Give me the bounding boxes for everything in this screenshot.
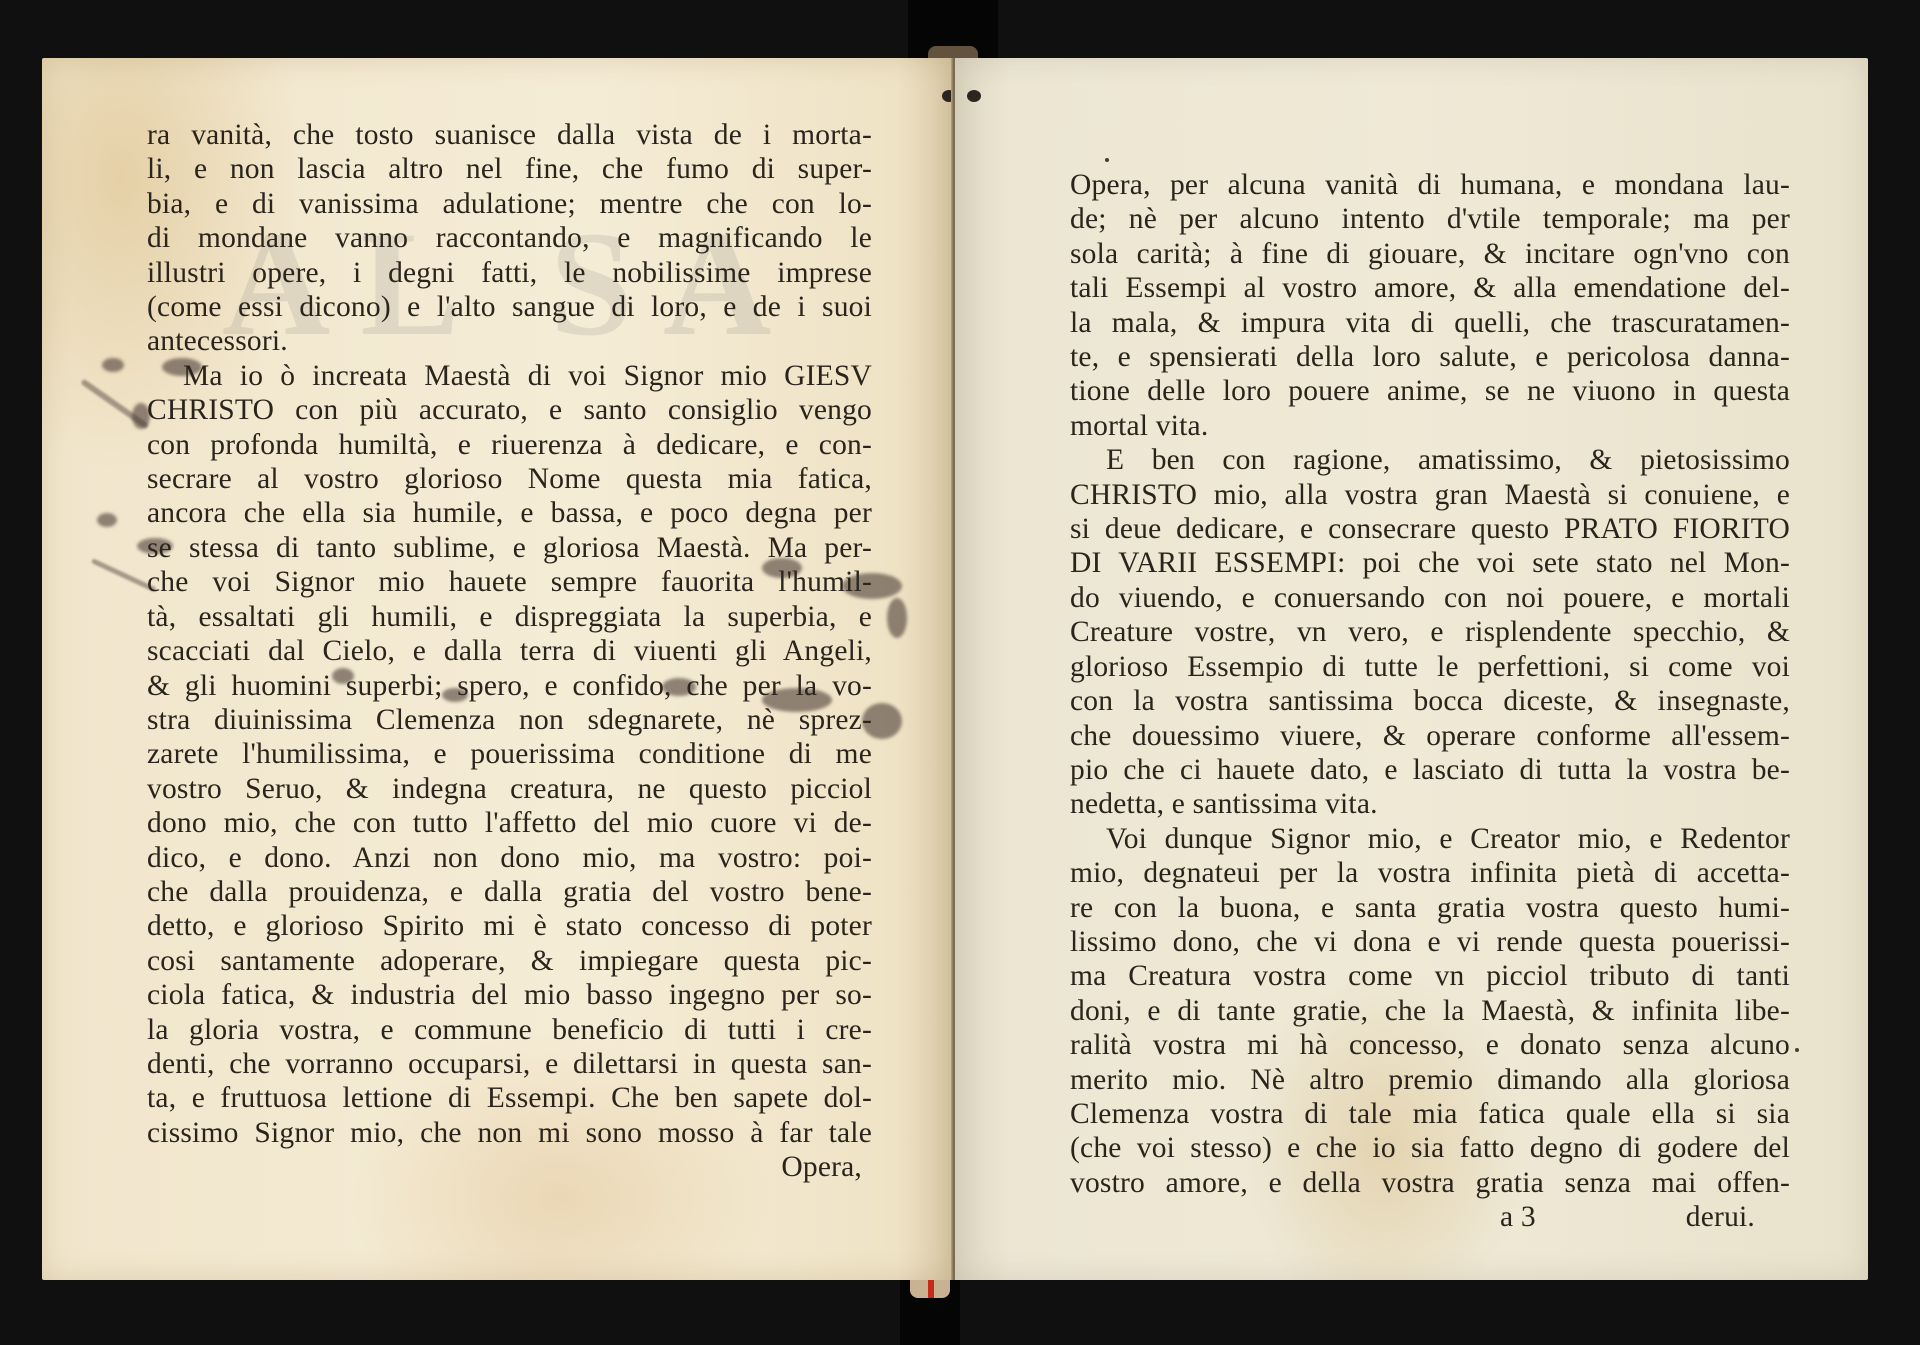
- text-line: dono mio, che con tutto l'affetto del mi…: [147, 806, 872, 840]
- signature-mark: a 3: [1500, 1200, 1536, 1234]
- text-line: Voi dunque Signor mio, e Creator mio, e …: [1070, 822, 1790, 856]
- text-line: Clemenza vostra di tale mia fatica quale…: [1070, 1097, 1790, 1131]
- text-line: ma Creatura vostra come vn picciol tribu…: [1070, 959, 1790, 993]
- text-line: & gli huomini superbi; spero, e confido,…: [147, 669, 872, 703]
- text-line: la mala, & impura vita di quelli, che tr…: [1070, 306, 1790, 340]
- text-line: con la vostra santissima bocca diceste, …: [1070, 684, 1790, 718]
- text-line: vostro amore, e della vostra gratia senz…: [1070, 1166, 1790, 1200]
- paper-speck: [1795, 1048, 1799, 1052]
- text-line: de; nè per alcuno intento d'vtile tempor…: [1070, 202, 1790, 236]
- text-line: di mondane vanno raccontando, e magnific…: [147, 221, 872, 255]
- text-line: mortal vita.: [1070, 409, 1790, 443]
- worm-hole: [967, 90, 981, 102]
- text-line: ralità vostra mi hà concesso, e donato s…: [1070, 1028, 1790, 1062]
- paper-speck: [1105, 158, 1109, 162]
- left-page: AL SA ra vanità, che tosto suanisce dall…: [42, 58, 952, 1280]
- text-line: te, e spensierati della loro salute, e p…: [1070, 340, 1790, 374]
- text-line: glorioso Essempio di tutte le perfettion…: [1070, 650, 1790, 684]
- text-line: ciola fatica, & industria del mio basso …: [147, 978, 872, 1012]
- footer-line: a 3 derui.: [1070, 1200, 1790, 1234]
- text-line: illustri opere, i degni fatti, le nobili…: [147, 256, 872, 290]
- text-line: lissimo dono, che vi dona e vi rende que…: [1070, 925, 1790, 959]
- text-line: tà, essaltati gli humili, e dispreggiata…: [147, 600, 872, 634]
- right-page-text: Opera, per alcuna vanità di humana, e mo…: [1070, 168, 1790, 1234]
- text-line: (che voi stesso) e che io sia fatto degn…: [1070, 1131, 1790, 1165]
- binding-red-thread: [928, 1280, 934, 1298]
- catchword: derui.: [1686, 1200, 1755, 1234]
- text-line: tione delle loro pouere anime, se ne viu…: [1070, 374, 1790, 408]
- text-line: ta, e fruttuosa lettione di Essempi. Che…: [147, 1081, 872, 1115]
- ink-stain: [102, 358, 124, 372]
- text-line: detto, e glorioso Spirito mi è stato con…: [147, 909, 872, 943]
- text-line: se stessa di tanto sublime, e gloriosa M…: [147, 531, 872, 565]
- text-line: mio, degnateui per la vostra infinita pi…: [1070, 856, 1790, 890]
- text-line: Opera, per alcuna vanità di humana, e mo…: [1070, 168, 1790, 202]
- text-line: nedetta, e santissima vita.: [1070, 787, 1790, 821]
- text-line: (come essi dicono) e l'alto sangue di lo…: [147, 290, 872, 324]
- text-line: bia, e di vanissima adulatione; mentre c…: [147, 187, 872, 221]
- text-line: tali Essempi al vostro amore, & alla eme…: [1070, 271, 1790, 305]
- text-line: sola carità; à fine di giouare, & incita…: [1070, 237, 1790, 271]
- spine-bottom: [900, 1280, 960, 1345]
- text-line: denti, che vorranno occuparsi, e diletta…: [147, 1047, 872, 1081]
- text-line: che voi Signor mio hauete sempre fauorit…: [147, 565, 872, 599]
- text-line: Ma io ò increata Maestà di voi Signor mi…: [147, 359, 872, 393]
- book-spread: AL SA ra vanità, che tosto suanisce dall…: [0, 0, 1920, 1345]
- text-line: secrare al vostro glorioso Nome questa m…: [147, 462, 872, 496]
- text-line: pio che ci hauete dato, e lasciato di tu…: [1070, 753, 1790, 787]
- text-line: CHRISTO con più accurato, e santo consig…: [147, 393, 872, 427]
- text-line: che douessimo viuere, & operare conforme…: [1070, 719, 1790, 753]
- text-line: li, e non lascia altro nel fine, che fum…: [147, 152, 872, 186]
- text-line: scacciati dal Cielo, e dalla terra di vi…: [147, 634, 872, 668]
- text-line: si deue dedicare, e consecrare questo PR…: [1070, 512, 1790, 546]
- text-line: doni, e di tante gratie, che la Maestà, …: [1070, 994, 1790, 1028]
- text-line: ancora che ella sia humile, e bassa, e p…: [147, 496, 872, 530]
- text-line: che dalla prouidenza, e dalla gratia del…: [147, 875, 872, 909]
- text-line: do viuendo, e conuersando con noi pouere…: [1070, 581, 1790, 615]
- text-line: stra diuinissima Clemenza non sdegnarete…: [147, 703, 872, 737]
- text-line: la gloria vostra, e commune beneficio di…: [147, 1013, 872, 1047]
- left-page-text: ra vanità, che tosto suanisce dalla vist…: [147, 118, 872, 1185]
- text-line: cosi santamente adoperare, & impiegare q…: [147, 944, 872, 978]
- text-line: antecessori.: [147, 324, 872, 358]
- spine-top: [908, 0, 998, 60]
- text-line: Creature vostre, vn vero, e risplendente…: [1070, 615, 1790, 649]
- text-line: vostro Seruo, & indegna creatura, ne que…: [147, 772, 872, 806]
- text-line: E ben con ragione, amatissimo, & pietosi…: [1070, 443, 1790, 477]
- text-line: re con la buona, e santa gratia vostra q…: [1070, 891, 1790, 925]
- text-line: CHRISTO mio, alla vostra gran Maestà si …: [1070, 478, 1790, 512]
- text-line: dico, e dono. Anzi non dono mio, ma vost…: [147, 841, 872, 875]
- ink-stain: [97, 513, 117, 527]
- text-line: zarete l'humilissima, e pouerissima cond…: [147, 737, 872, 771]
- ink-stain: [887, 598, 907, 638]
- text-line: cissimo Signor mio, che non mi sono moss…: [147, 1116, 872, 1150]
- catchword: Opera,: [147, 1150, 872, 1184]
- right-page: Opera, per alcuna vanità di humana, e mo…: [955, 58, 1868, 1280]
- text-line: ra vanità, che tosto suanisce dalla vist…: [147, 118, 872, 152]
- text-line: merito mio. Nè altro premio dimando alla…: [1070, 1063, 1790, 1097]
- text-line: con profonda humiltà, e riuerenza à dedi…: [147, 428, 872, 462]
- text-line: DI VARII ESSEMPI: poi che voi sete stato…: [1070, 546, 1790, 580]
